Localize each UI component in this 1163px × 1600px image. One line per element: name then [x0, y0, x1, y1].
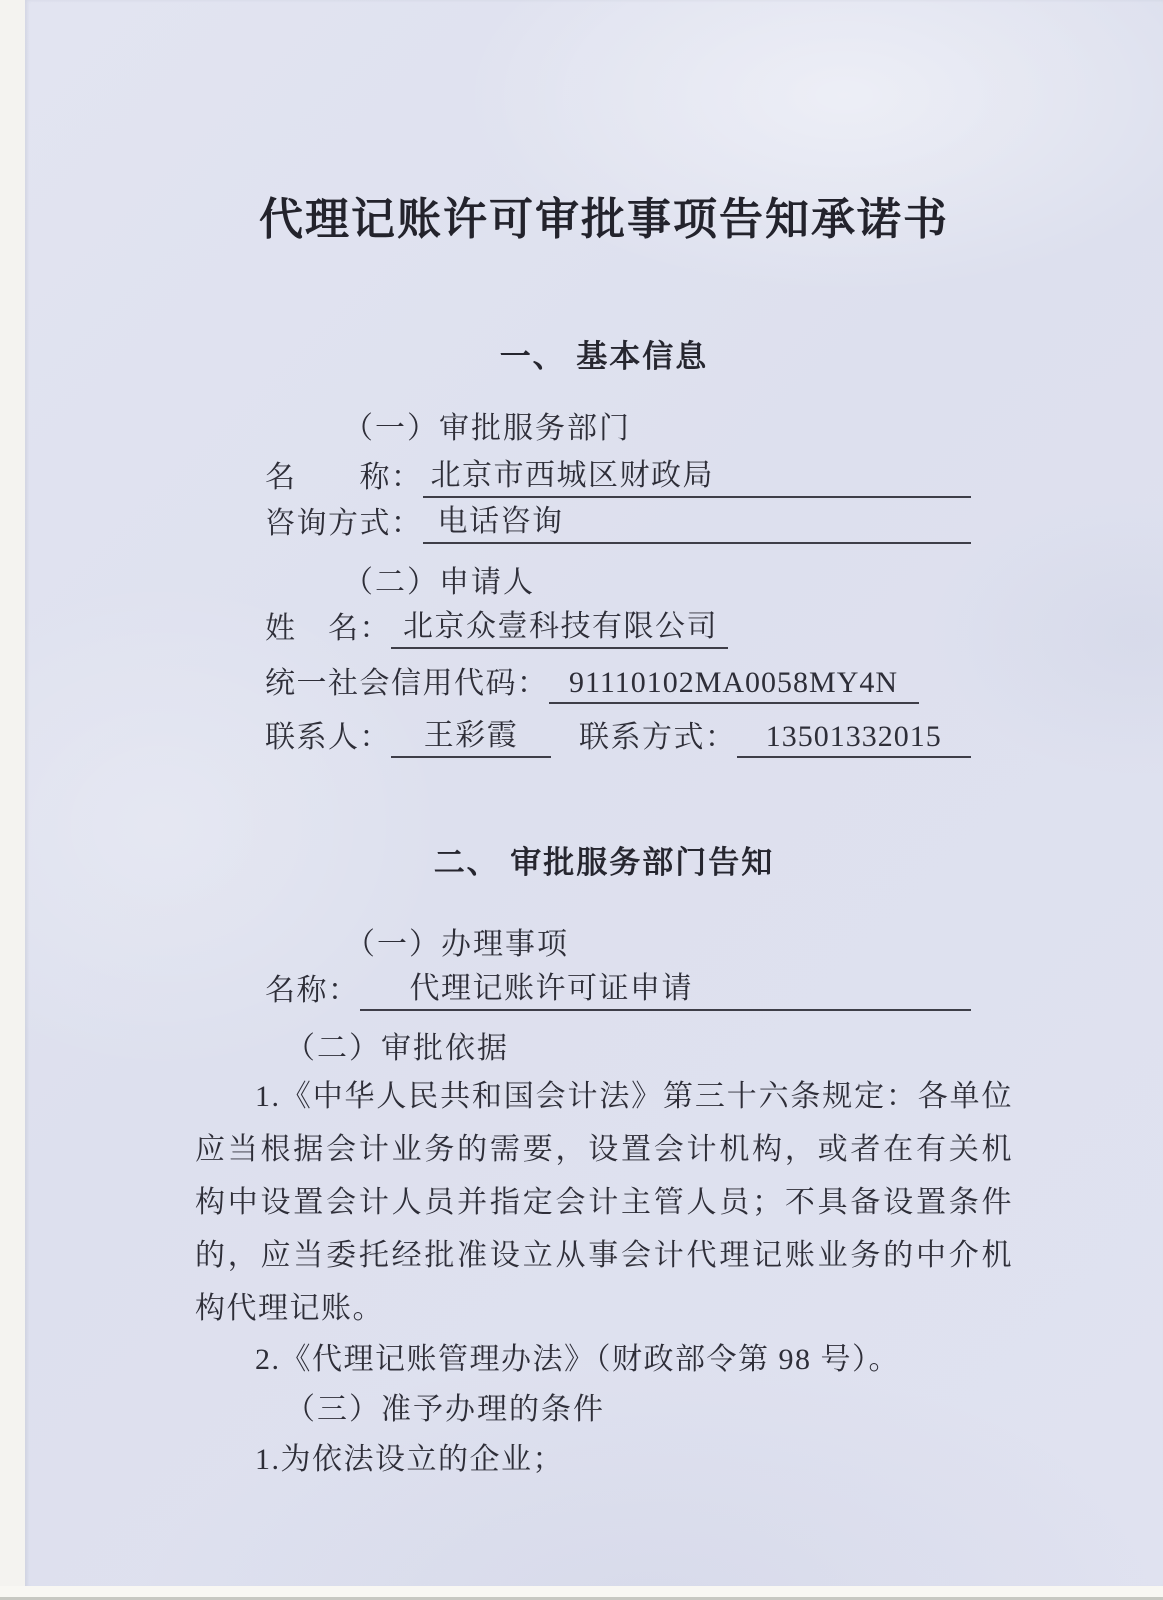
subheading-applicant: （二）申请人	[343, 562, 1013, 604]
contact-person-value: 王彩霞	[424, 719, 519, 752]
credit-code-label: 统一社会信用代码：	[265, 658, 549, 704]
approval-basis-paragraph-2: 2.《代理记账管理办法》（财政部令第 98 号）。	[195, 1335, 1013, 1385]
section-heading-department-notice: 二、 审批服务部门告知	[195, 842, 1013, 884]
contact-person-underline: 王彩霞	[391, 710, 551, 758]
subheading-approval-department: （一）审批服务部门	[343, 408, 1013, 450]
scanned-document-page: 代理记账许可审批事项告知承诺书 一、 基本信息 （一）审批服务部门 名 称： 北…	[25, 0, 1163, 1588]
subheading-handled-matter: （一）办理事项	[345, 924, 1013, 966]
matter-name-label: 名称：	[265, 965, 360, 1011]
contact-phone-label: 联系方式：	[579, 712, 737, 758]
approval-basis-paragraph-1: 1.《中华人民共和国会计法》第三十六条规定：各单位应当根据会计业务的需要，设置会…	[195, 1070, 1013, 1335]
subheading-approval-basis: （二）审批依据	[285, 1028, 1013, 1070]
field-row-consult-method: 咨询方式： 电话咨询	[195, 498, 971, 544]
scanner-left-margin	[0, 0, 25, 1600]
applicant-name-label: 姓 名：	[265, 603, 391, 649]
contact-phone-underline: 13501332015	[737, 720, 972, 758]
document-content: 代理记账许可审批事项告知承诺书 一、 基本信息 （一）审批服务部门 名 称： 北…	[25, 192, 1163, 1485]
condition-item-1: 1.为依法设立的企业；	[195, 1435, 1013, 1485]
department-name-label: 名 称：	[265, 452, 423, 498]
field-row-credit-code: 统一社会信用代码： 91110102MA0058MY4N	[195, 659, 971, 704]
applicant-name-underline: 北京众壹科技有限公司	[391, 601, 728, 649]
section-heading-basic-info: 一、 基本信息	[195, 336, 1013, 378]
department-name-value: 北京市西城区财政局	[431, 459, 715, 492]
consult-method-label: 咨询方式：	[265, 498, 423, 544]
consult-method-underline: 电话咨询	[423, 496, 972, 544]
field-row-applicant-name: 姓 名： 北京众壹科技有限公司	[195, 604, 971, 649]
credit-code-value: 91110102MA0058MY4N	[569, 666, 898, 699]
matter-name-underline: 代理记账许可证申请	[360, 963, 972, 1011]
contact-person-label: 联系人：	[265, 712, 391, 758]
consult-method-value: 电话咨询	[438, 505, 564, 538]
matter-name-value: 代理记账许可证申请	[410, 972, 694, 1005]
subheading-approval-conditions: （三）准予办理的条件	[285, 1385, 1013, 1435]
field-row-contact: 联系人： 王彩霞 联系方式： 13501332015	[195, 713, 971, 758]
contact-phone-value: 13501332015	[766, 720, 942, 753]
department-name-underline: 北京市西城区财政局	[423, 450, 972, 498]
document-title: 代理记账许可审批事项告知承诺书	[195, 192, 1013, 248]
applicant-name-value: 北京众壹科技有限公司	[403, 610, 718, 643]
field-row-department-name: 名 称： 北京市西城区财政局	[195, 450, 971, 498]
field-row-matter-name: 名称： 代理记账许可证申请	[195, 966, 971, 1011]
credit-code-underline: 91110102MA0058MY4N	[549, 666, 919, 704]
